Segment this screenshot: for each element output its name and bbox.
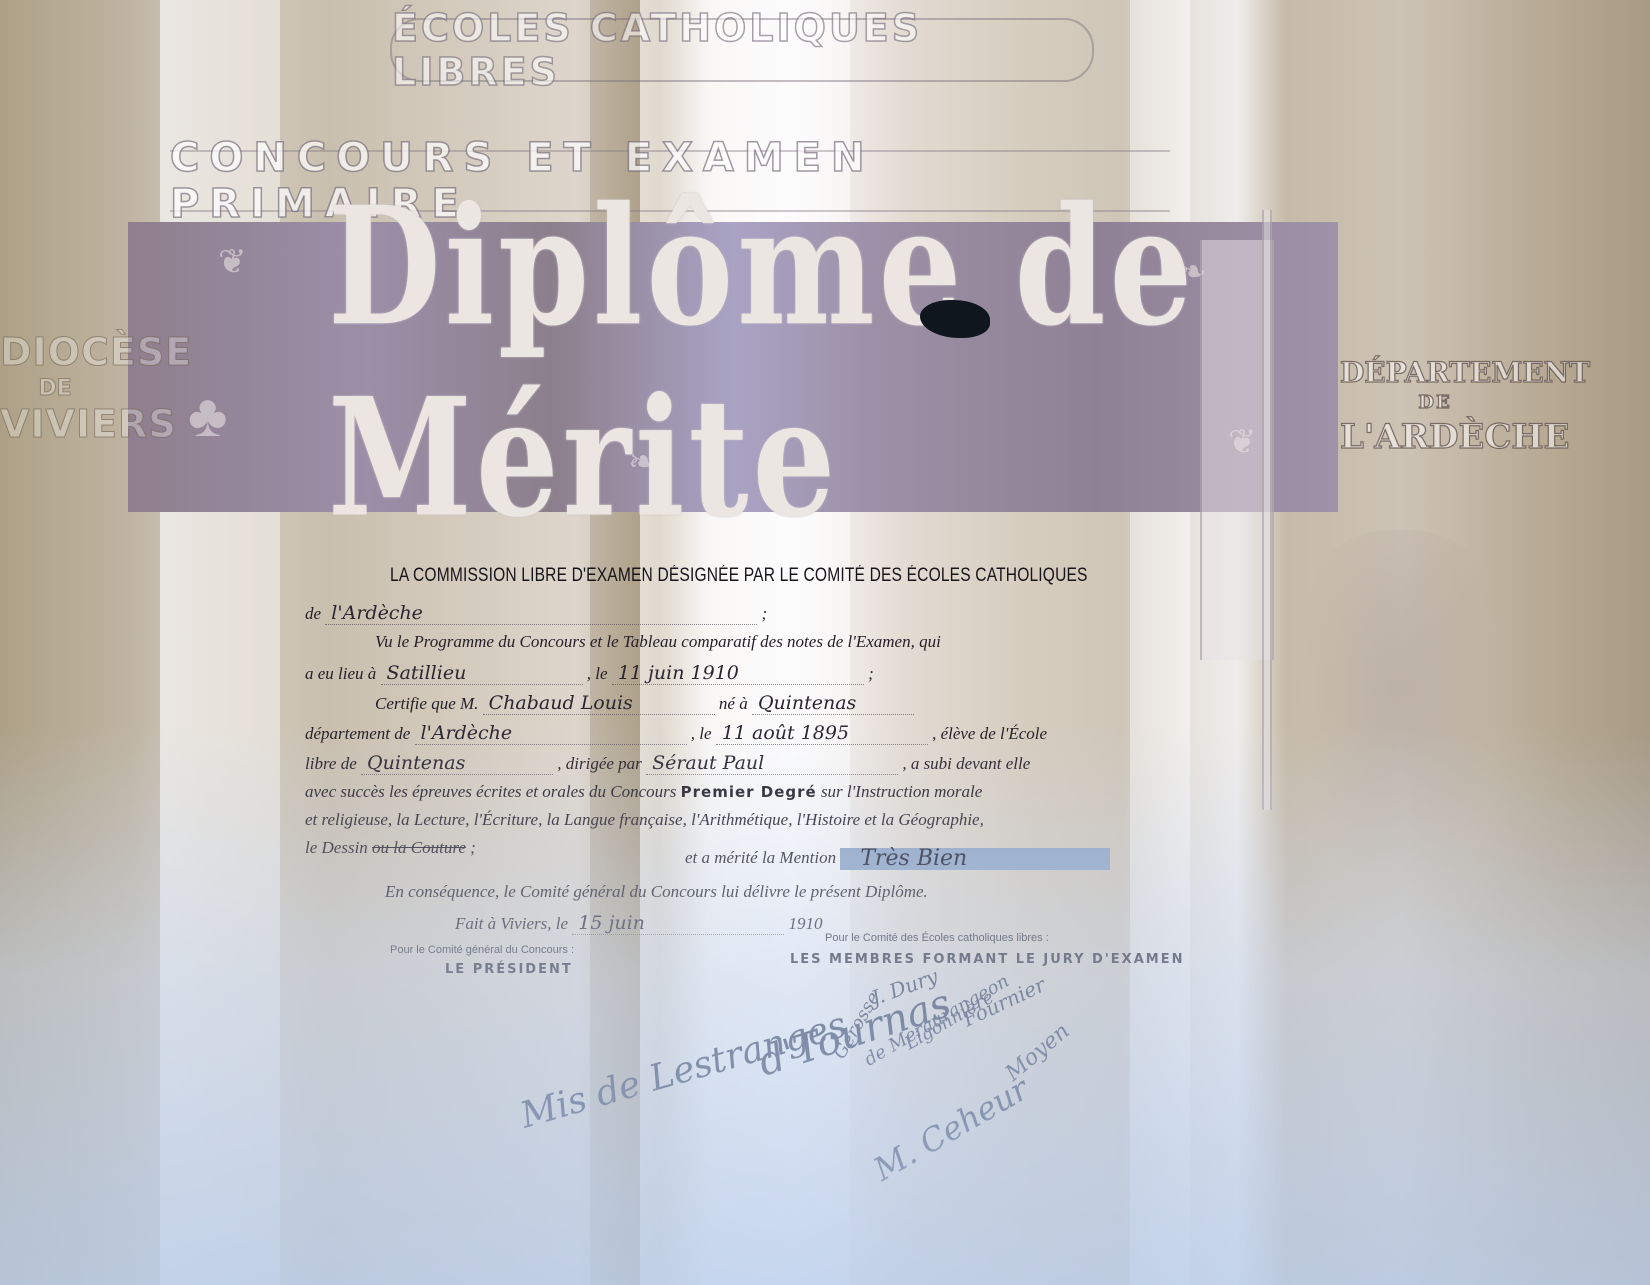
cartouche-title: ÉCOLES CATHOLIQUES LIBRES <box>392 6 1092 94</box>
label: de <box>305 604 321 623</box>
diploma-title: Diplôme de Mérite <box>328 237 1328 487</box>
diocese-name: VIVIERS <box>0 402 110 448</box>
student-name-field: Chabaud Louis <box>483 692 715 715</box>
school-field: Quintenas <box>361 752 553 775</box>
label: , le <box>587 664 608 683</box>
degree-level: Premier Degré <box>681 783 817 801</box>
committee-region-field: l'Ardèche <box>325 602 757 625</box>
exam-place-field: Satillieu <box>381 662 583 685</box>
president-caption: Pour le Comité général du Concours : <box>390 944 574 956</box>
label: et a mérité la Mention <box>685 848 836 867</box>
label: a eu lieu à <box>305 664 376 683</box>
signature-juror: Moyen <box>1001 1019 1075 1087</box>
president-title: LE PRÉSIDENT <box>445 962 573 977</box>
department-name: L'ARDÈCHE <box>1340 415 1530 459</box>
programme-line: Vu le Programme du Concours et le Tablea… <box>375 632 941 652</box>
exam-date-field: 11 juin 1910 <box>612 662 864 685</box>
jury-caption: Pour le Comité des Écoles catholiques li… <box>825 932 1049 944</box>
department-label: DÉPARTEMENT <box>1340 355 1530 391</box>
label: , élève de l'École <box>932 724 1047 743</box>
top-cartouche: ÉCOLES CATHOLIQUES LIBRES <box>390 18 1094 82</box>
diocese-de: DE <box>0 376 110 402</box>
label: Certifie que M. <box>375 694 478 713</box>
issue-date-field: 15 juin <box>572 912 784 935</box>
birth-date-field: 11 août 1895 <box>716 722 928 745</box>
department-de: DE <box>1340 391 1530 414</box>
subjects-line: et religieuse, la Lecture, l'Écriture, l… <box>305 810 984 830</box>
struck-couture: ou la Couture <box>372 838 466 857</box>
punctuation: ; <box>470 838 476 857</box>
label: libre de <box>305 754 357 773</box>
diocese-label: DIOCÈSE <box>0 330 110 376</box>
label: département de <box>305 724 410 743</box>
label: , a subi devant elle <box>902 754 1030 773</box>
label: , le <box>691 724 712 743</box>
certifie-line: Certifie que M. Chabaud Louis né à Quint… <box>375 692 914 715</box>
label: sur l'Instruction morale <box>821 782 982 801</box>
paper-fold-shadow <box>0 0 160 1285</box>
succes-line: avec succès les épreuves écrites et oral… <box>305 782 982 802</box>
director-field: Séraut Paul <box>646 752 898 775</box>
birth-department-field: l'Ardèche <box>415 722 687 745</box>
label: , dirigée par <box>557 754 642 773</box>
mention-line: et a mérité la Mention Très Bien <box>685 848 1110 870</box>
frame-border <box>1262 210 1272 810</box>
label: avec succès les épreuves écrites et oral… <box>305 782 676 801</box>
punctuation: ; <box>868 664 874 683</box>
label: Fait à Viviers, le <box>455 914 568 933</box>
cherub-ornament-icon: ❦ <box>218 242 247 282</box>
fait-line: Fait à Viviers, le 15 juin 1910 <box>455 912 823 935</box>
cherub-ornament-icon: ♣ <box>188 382 227 451</box>
label: né à <box>719 694 748 713</box>
ecole-line: libre de Quintenas , dirigée par Séraut … <box>305 752 1030 775</box>
lieu-line: a eu lieu à Satillieu , le 11 juin 1910 … <box>305 662 874 685</box>
de-line: de l'Ardèche ; <box>305 602 767 625</box>
signature-juror: M. Ceheur <box>867 1070 1035 1189</box>
diploma-banner: ❦ ♣ ❧ ❦ ❧ Diplôme de Mérite <box>128 222 1338 512</box>
dessin-line: le Dessin ou la Couture ; <box>305 838 476 858</box>
jury-title: LES MEMBRES FORMANT LE JURY D'EXAMEN <box>790 952 1184 967</box>
reading-child-illustration <box>1300 530 1500 930</box>
commission-heading: LA COMMISSION LIBRE D'EXAMEN DÉSIGNÉE PA… <box>390 565 1088 587</box>
mention-field: Très Bien <box>840 848 1110 870</box>
consequence-line: En conséquence, le Comité général du Con… <box>385 882 928 902</box>
departement-line: département de l'Ardèche , le 11 août 18… <box>305 722 1047 745</box>
issue-year: 1910 <box>789 914 823 933</box>
label: le Dessin <box>305 838 368 857</box>
punctuation: ; <box>762 604 768 623</box>
department-panel: DÉPARTEMENT DE L'ARDÈCHE <box>1340 355 1530 459</box>
birthplace-field: Quintenas <box>752 692 914 715</box>
diocese-panel: DIOCÈSE DE VIVIERS <box>0 330 110 448</box>
